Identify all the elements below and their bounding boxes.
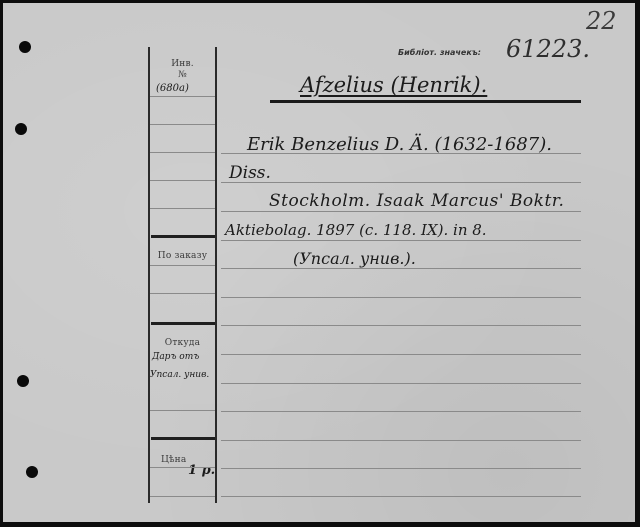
- body-rule: [221, 240, 581, 241]
- body-rule: [221, 182, 581, 183]
- body-rule: [221, 297, 581, 298]
- catalog-card: 22 Библіот. значекъ: 61223. Инв. № (680а…: [3, 3, 635, 522]
- price-value: 1 р.: [188, 463, 215, 478]
- body-rule: [221, 468, 581, 469]
- left-rule: [150, 265, 215, 266]
- card-heading: Afzelius (Henrik).: [300, 73, 487, 97]
- body-rule: [221, 440, 581, 441]
- heading-underline: [270, 100, 581, 103]
- punch-hole: [17, 375, 29, 387]
- body-rule: [221, 496, 581, 497]
- shelfmark-label: Библіот. значекъ:: [398, 48, 481, 57]
- inventory-label: Инв. №: [150, 59, 215, 81]
- body-rule: [221, 211, 581, 212]
- by-order-label: По заказу: [150, 251, 215, 261]
- body-line-2: Diss.: [229, 163, 271, 183]
- source-label: Откуда: [150, 338, 215, 348]
- body-line-5: (Упсал. унив.).: [293, 249, 416, 268]
- inventory-label-line2: №: [150, 70, 215, 81]
- left-section-divider: [151, 322, 215, 325]
- right-column-border: [215, 47, 217, 503]
- body-line-1: Erik Benzelius D. Ä. (1632-1687).: [247, 134, 552, 155]
- body-rule: [221, 411, 581, 412]
- left-rule: [150, 467, 215, 468]
- body-line-4: Aktiebolag. 1897 (с. 118. IX). in 8.: [225, 221, 487, 239]
- left-section-divider: [151, 437, 215, 440]
- left-rule: [150, 496, 215, 497]
- left-rule: [150, 410, 215, 411]
- left-column-border: [148, 47, 150, 503]
- body-line-3: Stockholm. Isaak Marcus' Boktr.: [269, 191, 564, 211]
- body-rule: [221, 268, 581, 269]
- inventory-label-line1: Инв.: [150, 59, 215, 70]
- punch-hole: [19, 41, 31, 53]
- price-label: Цѣна: [161, 455, 186, 465]
- left-rule: [150, 293, 215, 294]
- left-rule: [150, 208, 215, 209]
- punch-hole: [26, 466, 38, 478]
- body-rule: [221, 153, 581, 154]
- inventory-value: (680а): [156, 83, 189, 94]
- left-section-divider: [151, 235, 215, 238]
- body-rule: [221, 383, 581, 384]
- left-rule: [150, 96, 215, 97]
- source-value-line2: Упсал. унив.: [150, 370, 209, 380]
- body-rule: [221, 325, 581, 326]
- punch-hole: [15, 123, 27, 135]
- left-rule: [150, 180, 215, 181]
- left-rule: [150, 124, 215, 125]
- body-rule: [221, 354, 581, 355]
- shelfmark-value: 61223.: [506, 35, 590, 63]
- source-value-line1: Даръ отъ: [152, 352, 199, 362]
- left-rule: [150, 152, 215, 153]
- corner-number: 22: [586, 7, 617, 35]
